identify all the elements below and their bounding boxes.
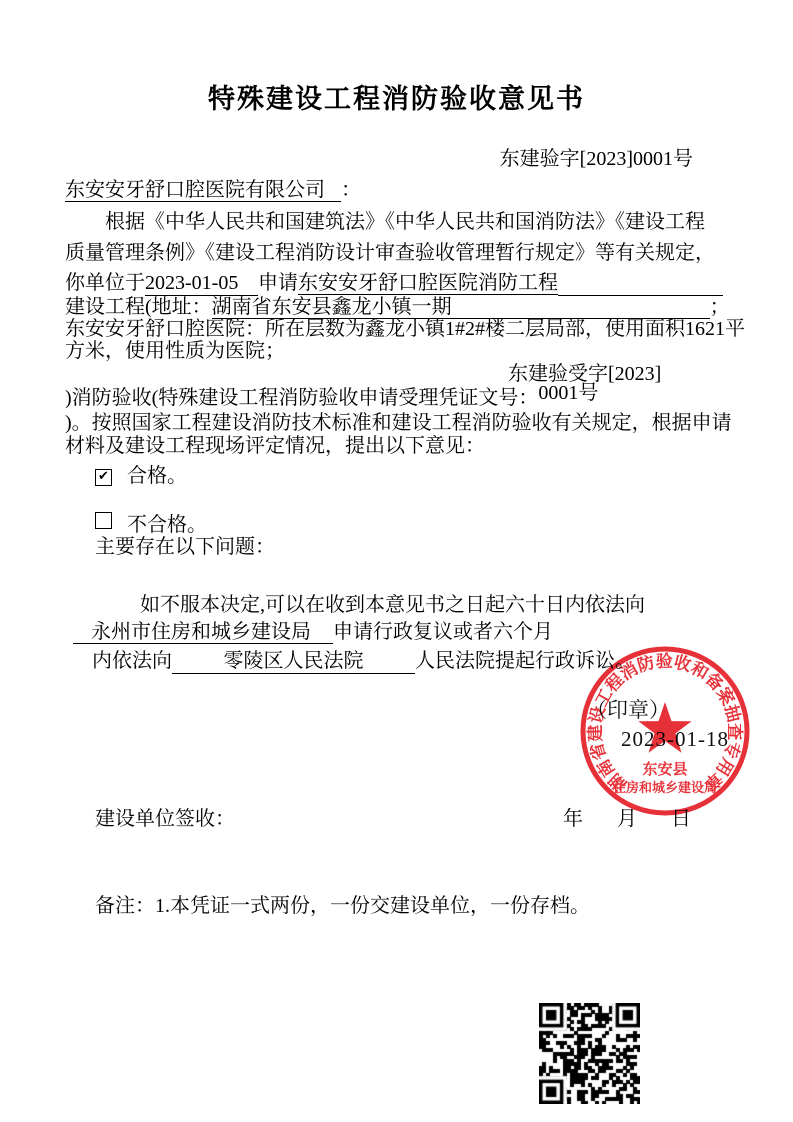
body-line-5: 东安安牙舒口腔医院：所在层数为鑫龙小镇1#2#楼二层局部，使用面积1621平 bbox=[65, 318, 745, 341]
seal-center-line1: 东安县 bbox=[642, 760, 687, 778]
address-label: 建设工程(地址： bbox=[65, 296, 212, 318]
appeal-line-2-suffix: 申请行政复议或者六个月 bbox=[333, 621, 553, 643]
qr-code bbox=[539, 1003, 640, 1104]
apply-date-label: 你单位于 bbox=[65, 272, 145, 294]
note-line: 备注：1.本凭证一式两份，一份交建设单位，一份存档。 bbox=[95, 895, 590, 918]
appeal-line-3: 内依法向零陵区人民法院人民法院提起行政诉讼。 bbox=[92, 650, 635, 674]
seal-star-icon bbox=[638, 702, 691, 753]
sign-label: 建设单位签收： bbox=[95, 808, 235, 831]
addressee-underline-pad bbox=[325, 179, 341, 202]
body-line-9: )。按照国家工程建设消防技术标准和建设工程消防验收有关规定，根据申请 bbox=[65, 412, 732, 435]
apply-verb: 申请 bbox=[258, 272, 298, 294]
body-line-6: 方米，使用性质为医院； bbox=[65, 340, 285, 363]
official-seal: 湖南省建设工程消防验收和备案抽查专用章 东安县 住房和城乡建设局 bbox=[575, 643, 755, 823]
option-fail-row: 不合格。 bbox=[95, 512, 207, 537]
document-number: 东建验字[2023]0001号 bbox=[0, 148, 793, 171]
apply-date-value: 2023-01-05 bbox=[145, 272, 258, 296]
appeal-line-2: 永州市住房和城乡建设局申请行政复议或者六个月 bbox=[73, 621, 553, 644]
body-line-1: 根据《中华人民共和国建筑法》《中华人民共和国消防法》《建设工程 bbox=[105, 211, 705, 234]
appeal-line-3-prefix: 内依法向 bbox=[92, 650, 172, 672]
checkbox-pass-checked-icon: ✔ bbox=[95, 469, 112, 486]
project-name-value: 东安安牙舒口腔医院消防工程 bbox=[298, 272, 558, 295]
court-value: 零陵区人民法院 bbox=[172, 650, 415, 674]
review-org-underline-pad-left bbox=[73, 621, 91, 644]
addressee-colon: ： bbox=[341, 179, 361, 201]
body-line-3: 你单位于2023-01-05申请东安安牙舒口腔医院消防工程 bbox=[65, 272, 723, 296]
body-line-8: )消防验收(特殊建设工程消防验收申请受理凭证文号：0001号 bbox=[65, 387, 598, 410]
acceptance-doc-label: )消防验收(特殊建设工程消防验收申请受理凭证文号： bbox=[65, 387, 538, 409]
project-address-value: 湖南省东安县鑫龙小镇一期 bbox=[212, 296, 452, 319]
address-semicolon: ； bbox=[710, 296, 730, 318]
appeal-line-1: 如不服本决定,可以在收到本意见书之日起六十日内依法向 bbox=[140, 594, 645, 617]
review-org-value: 永州市住房和城乡建设局 bbox=[91, 621, 311, 644]
checkbox-fail-unchecked-icon bbox=[95, 512, 112, 529]
body-line-10: 材料及建设工程现场评定情况，提出以下意见： bbox=[65, 435, 485, 458]
addressee-line: 东安安牙舒口腔医院有限公司： bbox=[65, 179, 361, 202]
option-pass-label: 合格。 bbox=[127, 465, 187, 487]
option-pass-row: ✔合格。 bbox=[95, 465, 187, 488]
page-title: 特殊建设工程消防验收意见书 bbox=[0, 84, 793, 115]
review-org-underline-pad-right bbox=[311, 621, 333, 644]
sign-date-blank: 年 月 日 bbox=[563, 808, 698, 831]
address-underline-pad bbox=[452, 296, 710, 319]
document-page: 特殊建设工程消防验收意见书 东建验字[2023]0001号 东安安牙舒口腔医院有… bbox=[0, 0, 793, 1122]
option-fail-label: 不合格。 bbox=[127, 514, 207, 536]
acceptance-number-line2: 0001号 bbox=[538, 382, 598, 404]
addressee-name: 东安安牙舒口腔医院有限公司 bbox=[65, 179, 325, 202]
project-name-underline-pad bbox=[558, 273, 723, 296]
problems-label: 主要存在以下问题： bbox=[95, 536, 275, 559]
body-line-2: 质量管理条例》《建设工程消防设计审查验收管理暂行规定》等有关规定， bbox=[65, 242, 715, 265]
seal-center-line2: 住房和城乡建设局 bbox=[613, 780, 717, 795]
body-line-4: 建设工程(地址：湖南省东安县鑫龙小镇一期； bbox=[65, 296, 730, 319]
